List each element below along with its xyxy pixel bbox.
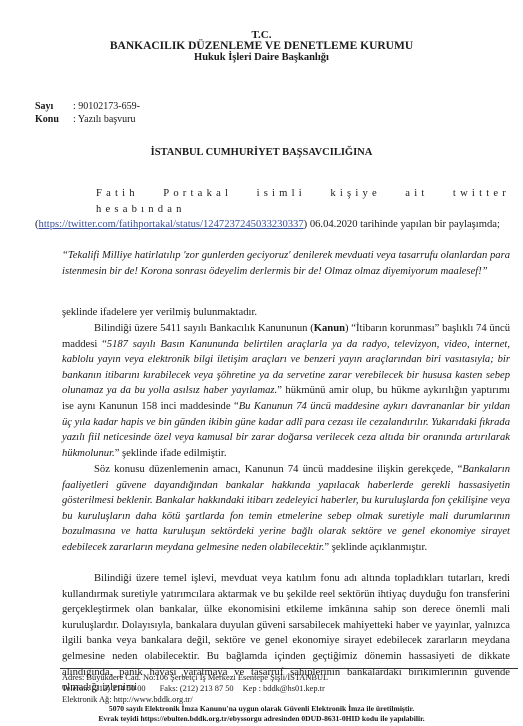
footer-fax: Faks: (212) 213 87 50 [160,684,234,693]
p4-text-a: Söz konusu düzenlemenin amacı, Kanunun 7… [94,464,462,475]
esign-notice: 5070 sayılı Elektronik İmza Kanunu'na uy… [0,704,523,714]
kanun-bold: Kanun [314,323,345,334]
konu-value: : Yazılı başvuru [73,114,136,125]
tweet-quote: “Tekalifi Milliye hatirlatılıp 'zor gunl… [62,250,510,277]
document-page: T.C. BANKACILIK DÜZENLEME VE DENETLEME K… [0,0,523,726]
paragraph-1: Fatih Portakal isimli kişiye ait twitter… [35,186,510,233]
header-organization: BANKACILIK DÜZENLEME VE DENETLEME KURUMU [0,40,523,52]
p1-lead: Fatih Portakal isimli kişiye ait twitter… [35,186,510,217]
p3-text-a: Bilindiği üzere 5411 sayılı Bankacılık K… [94,323,314,334]
footer-kep: Kep : bddk@hs01.kep.tr [243,684,325,693]
footer-divider [60,668,518,669]
addressee: İSTANBUL CUMHURİYET BAŞSAVCILIĞINA [0,147,523,158]
quote-tweet: “Tekalifi Milliye hatirlatılıp 'zor gunl… [62,248,510,279]
header-department: Hukuk İşleri Daire Başkanlığı [0,52,523,63]
p4-text-b: ” şeklinde açıklanmıştır. [324,542,427,553]
sayi-value: : 90102173-659- [73,101,140,112]
p1-rest: ) 06.04.2020 tarihinde yapılan bir payla… [304,219,500,230]
footer-phone: Telefon: (212) 214 50 00 [62,684,146,693]
meta-sayi: Sayı: 90102173-659- [35,101,140,112]
p3-text-d: ” şeklinde ifade edilmiştir. [115,448,227,459]
sayi-label: Sayı [35,101,73,112]
paragraph-3: Bilindiği üzere 5411 sayılı Bankacılık K… [62,321,510,461]
konu-label: Konu [35,114,73,125]
paragraph-2: şeklinde ifadelere yer verilmiş bulunmak… [62,305,510,321]
footer-address: Adres: Büyükdere Cad. No:106 Şerbetçi İş… [62,672,328,683]
footer-contact: Telefon: (212) 214 50 00Faks: (212) 213 … [62,683,325,694]
meta-konu: Konu: Yazılı başvuru [35,114,136,125]
p4-quote: Bankaların faaliyetleri güvene dayandığı… [62,464,510,553]
tweet-link[interactable]: https://twitter.com/fatihportakal/status… [39,219,304,230]
paragraph-4: Söz konusu düzenlemenin amacı, Kanunun 7… [62,462,510,556]
esign-verification: Evrak teyidi https://ebulten.bddk.org.tr… [0,714,523,724]
